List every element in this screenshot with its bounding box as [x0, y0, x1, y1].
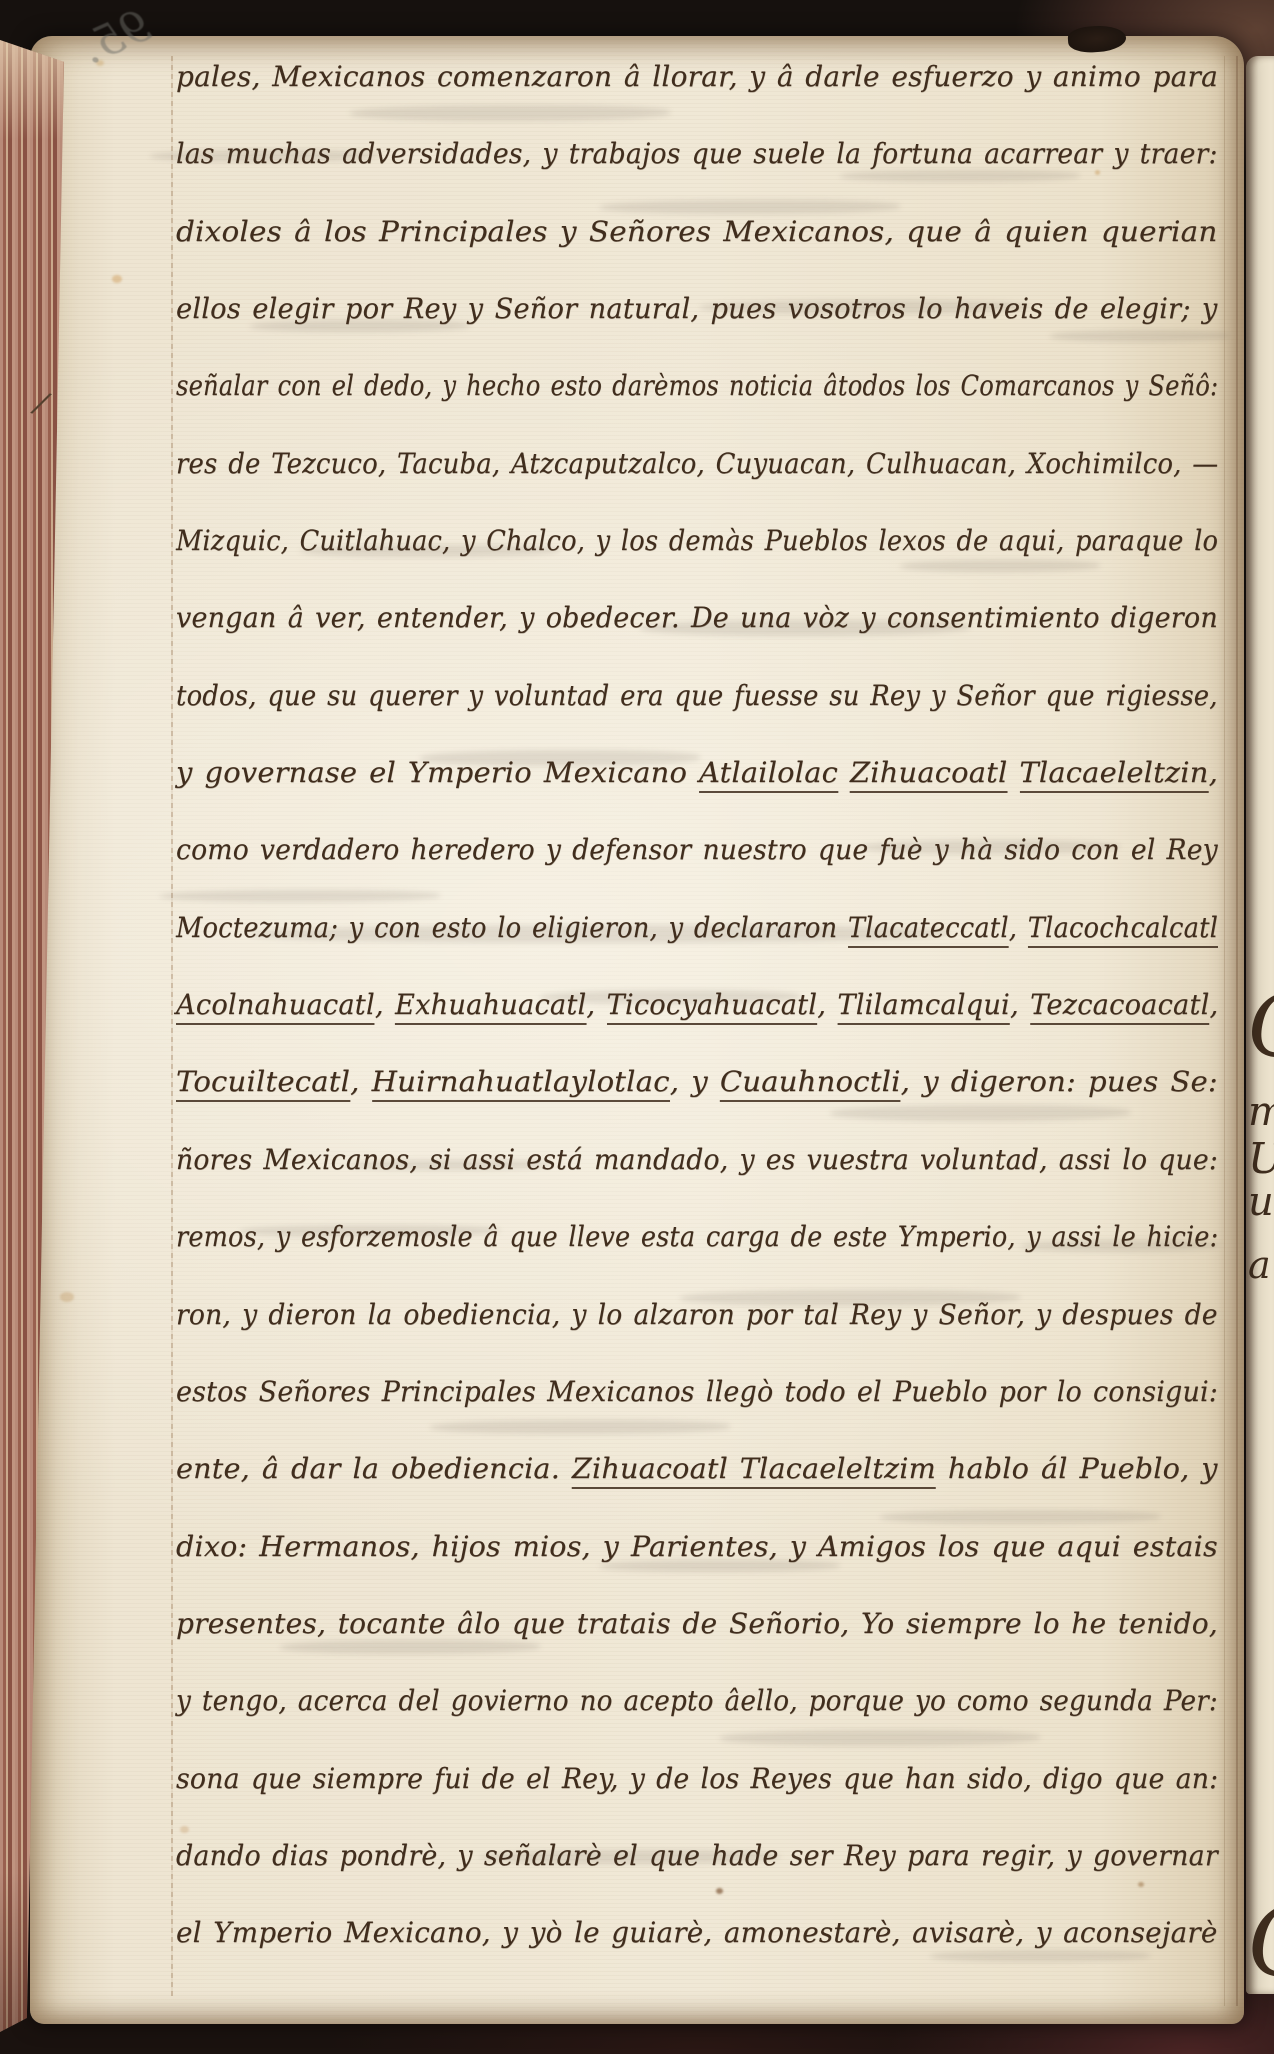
manuscript-row: Acolnahuacatl, Exhuahuacatl, Ticocyahuac… [176, 966, 1244, 1043]
manuscript-line: sona que siempre fui de el Rey, y de los… [176, 1740, 1218, 1817]
line-text [838, 756, 850, 789]
underlined-name: Tlilamcalqui [837, 988, 1010, 1025]
line-text: dixoles â los Principales y Señores Mexi… [176, 215, 1217, 248]
manuscript-row: estos Señores Principales Mexicanos lleg… [176, 1353, 1244, 1430]
manuscript-line: remos, y esforzemosle â que lleve esta c… [176, 1198, 1218, 1275]
underlined-name: Cuauhnoctli [720, 1065, 901, 1102]
manuscript-row: sona que siempre fui de el Rey, y de los… [176, 1740, 1244, 1817]
manuscript-line: y governase el Ymperio Mexicano Atlailol… [176, 734, 1218, 811]
manuscript-line: Tocuiltecatl, Huirnahuatlaylotlac, y Cua… [176, 1043, 1218, 1120]
line-text: ellos elegir por Rey y Señor natural, pu… [176, 292, 1218, 325]
line-text: ron, y dieron la obediencia, y lo alzaro… [176, 1298, 1218, 1331]
underlined-name: Zihuacoatl Tlacaeleltzim [572, 1452, 936, 1489]
manuscript-line: las muchas adversidades, y trabajos que … [176, 115, 1218, 192]
underlined-name: Zihuacoatl [850, 756, 1007, 793]
manuscript-line: como verdadero heredero y defensor nuest… [176, 811, 1218, 888]
line-text: y tengo, acerca del govierno no acepto â… [176, 1684, 1218, 1717]
manuscript-row: dando dias pondrè, y señalarè el que had… [176, 1817, 1244, 1894]
line-text: pales, Mexicanos comenzaron â llorar, y … [176, 60, 1218, 93]
manuscript-line: vengan â ver, entender, y obedecer. De u… [176, 579, 1218, 656]
manuscript-line: y tengo, acerca del govierno no acepto â… [176, 1662, 1218, 1739]
underlined-name: Tlacochcalcatl [1028, 911, 1218, 948]
manuscript-row: el Ymperio Mexicano, y yò le guiarè, amo… [176, 1894, 1244, 1971]
facing-page-letter: m [1248, 1092, 1274, 1132]
underlined-name: Tezcacoacatl [1030, 988, 1209, 1025]
manuscript-row: remos, y esforzemosle â que lleve esta c… [176, 1198, 1244, 1275]
line-text: presentes, tocante âlo que tratais de Se… [176, 1607, 1218, 1640]
line-text: dando dias pondrè, y señalarè el que had… [176, 1839, 1218, 1872]
manuscript-line: señalar con el dedo, y hecho esto darèmo… [176, 347, 1218, 424]
line-text: , [1209, 756, 1218, 789]
underlined-name: Atlailolac [699, 756, 838, 793]
underlined-name: Huirnahuatlaylotlac [372, 1065, 670, 1102]
manuscript-row: y governase el Ymperio Mexicano Atlailol… [176, 734, 1244, 811]
manuscript-line: ron, y dieron la obediencia, y lo alzaro… [176, 1276, 1218, 1353]
manuscript-line: Acolnahuacatl, Exhuahuacatl, Ticocyahuac… [176, 966, 1218, 1043]
line-text: estos Señores Principales Mexicanos lleg… [176, 1375, 1218, 1408]
facing-page-letter: U [1248, 1138, 1274, 1180]
manuscript-line: res de Tezcuco, Tacuba, Atzcaputzalco, C… [176, 425, 1218, 502]
manuscript-line: ellos elegir por Rey y Señor natural, pu… [176, 270, 1218, 347]
line-text: y governase el Ymperio Mexicano [176, 756, 699, 789]
line-text: , [1210, 988, 1219, 1021]
manuscript-row: Mizquic, Cuitlahuac, y Chalco, y los dem… [176, 502, 1244, 579]
manuscript-line: dixo: Hermanos, hijos mios, y Parientes,… [176, 1508, 1218, 1585]
manuscript-row: ente, â dar la obediencia. Zihuacoatl Tl… [176, 1430, 1244, 1507]
manuscript-row: las muchas adversidades, y trabajos que … [176, 115, 1244, 192]
underlined-name: Tlacateccatl [848, 911, 1009, 948]
line-text: las muchas adversidades, y trabajos que … [176, 137, 1218, 170]
line-text: , [1010, 988, 1030, 1021]
manuscript-line: el Ymperio Mexicano, y yò le guiarè, amo… [176, 1894, 1218, 1971]
underlined-name: Tlacaeleltzin [1019, 756, 1208, 793]
line-text: , [1009, 911, 1028, 944]
manuscript-row: Tocuiltecatl, Huirnahuatlaylotlac, y Cua… [176, 1043, 1244, 1120]
facing-page-letter: u [1248, 1182, 1274, 1222]
underlined-name: Tocuiltecatl [176, 1065, 350, 1102]
manuscript-page: pales, Mexicanos comenzaron â llorar, y … [30, 36, 1244, 2024]
line-text: como verdadero heredero y defensor nuest… [176, 833, 1218, 866]
manuscript-line: presentes, tocante âlo que tratais de Se… [176, 1585, 1218, 1662]
manuscript-row: vengan â ver, entender, y obedecer. De u… [176, 579, 1244, 656]
line-text [1007, 756, 1019, 789]
manuscript-row: como verdadero heredero y defensor nuest… [176, 811, 1244, 888]
text-block: pales, Mexicanos comenzaron â llorar, y … [176, 38, 1244, 1972]
line-text: ñores Mexicanos, si assi está mandado, y… [176, 1143, 1218, 1176]
foxing-stain [60, 1292, 74, 1302]
manuscript-row: presentes, tocante âlo que tratais de Se… [176, 1585, 1244, 1662]
line-text: remos, y esforzemosle â que lleve esta c… [176, 1220, 1218, 1253]
line-text: , [350, 1065, 371, 1098]
facing-page-letter: C [1248, 1894, 1274, 1990]
manuscript-row: Moctezuma; y con esto lo eligieron, y de… [176, 889, 1244, 966]
manuscript-line: pales, Mexicanos comenzaron â llorar, y … [176, 38, 1218, 115]
line-text: el Ymperio Mexicano, y yò le guiarè, amo… [176, 1916, 1218, 1949]
manuscript-line: todos, que su querer y voluntad era que … [176, 657, 1218, 734]
manuscript-row: y tengo, acerca del govierno no acepto â… [176, 1662, 1244, 1739]
manuscript-line: Mizquic, Cuitlahuac, y Chalco, y los dem… [176, 502, 1218, 579]
line-text: , [375, 988, 395, 1021]
line-text: hablo ál Pueblo, y [936, 1452, 1218, 1485]
facing-page-letter: a [1248, 1246, 1271, 1284]
line-text: ente, â dar la obediencia. [176, 1452, 572, 1485]
manuscript-row: señalar con el dedo, y hecho esto darèmo… [176, 347, 1244, 424]
underlined-name: Ticocyahuacatl [607, 988, 818, 1025]
manuscript-row: dixoles â los Principales y Señores Mexi… [176, 193, 1244, 270]
line-text: señalar con el dedo, y hecho esto darèmo… [176, 369, 1218, 402]
foxing-stain [112, 275, 122, 283]
facing-page-sliver: CmUuaC [1246, 56, 1274, 1994]
line-text: sona que siempre fui de el Rey, y de los… [176, 1762, 1218, 1795]
manuscript-line: Moctezuma; y con esto lo eligieron, y de… [176, 889, 1218, 966]
line-text: , [586, 988, 606, 1021]
manuscript-line: ñores Mexicanos, si assi está mandado, y… [176, 1121, 1218, 1198]
line-text: dixo: Hermanos, hijos mios, y Parientes,… [176, 1530, 1218, 1563]
manuscript-row: ellos elegir por Rey y Señor natural, pu… [176, 270, 1244, 347]
line-text: Mizquic, Cuitlahuac, y Chalco, y los dem… [176, 524, 1218, 557]
manuscript-row: ron, y dieron la obediencia, y lo alzaro… [176, 1276, 1244, 1353]
underlined-name: Exhuahuacatl [395, 988, 586, 1025]
manuscript-line: estos Señores Principales Mexicanos lleg… [176, 1353, 1218, 1430]
manuscript-line: dixoles â los Principales y Señores Mexi… [176, 193, 1217, 270]
manuscript-row: todos, que su querer y voluntad era que … [176, 657, 1244, 734]
facing-page-letter: C [1248, 984, 1274, 1070]
manuscript-row: dixo: Hermanos, hijos mios, y Parientes,… [176, 1508, 1244, 1585]
line-text: , [817, 988, 837, 1021]
margin-rule-line [171, 56, 173, 1996]
manuscript-row: ñores Mexicanos, si assi está mandado, y… [176, 1121, 1244, 1198]
line-text: vengan â ver, entender, y obedecer. De u… [176, 601, 1218, 634]
line-text: , y digeron: pues Se: [901, 1065, 1218, 1098]
manuscript-row: res de Tezcuco, Tacuba, Atzcaputzalco, C… [176, 425, 1244, 502]
underlined-name: Acolnahuacatl [176, 988, 375, 1025]
line-text: res de Tezcuco, Tacuba, Atzcaputzalco, C… [176, 447, 1218, 480]
manuscript-line: ente, â dar la obediencia. Zihuacoatl Tl… [176, 1430, 1218, 1507]
manuscript-line: dando dias pondrè, y señalarè el que had… [176, 1817, 1218, 1894]
line-text: , y [670, 1065, 720, 1098]
line-text: Moctezuma; y con esto lo eligieron, y de… [176, 911, 848, 944]
line-text: todos, que su querer y voluntad era que … [176, 679, 1218, 712]
